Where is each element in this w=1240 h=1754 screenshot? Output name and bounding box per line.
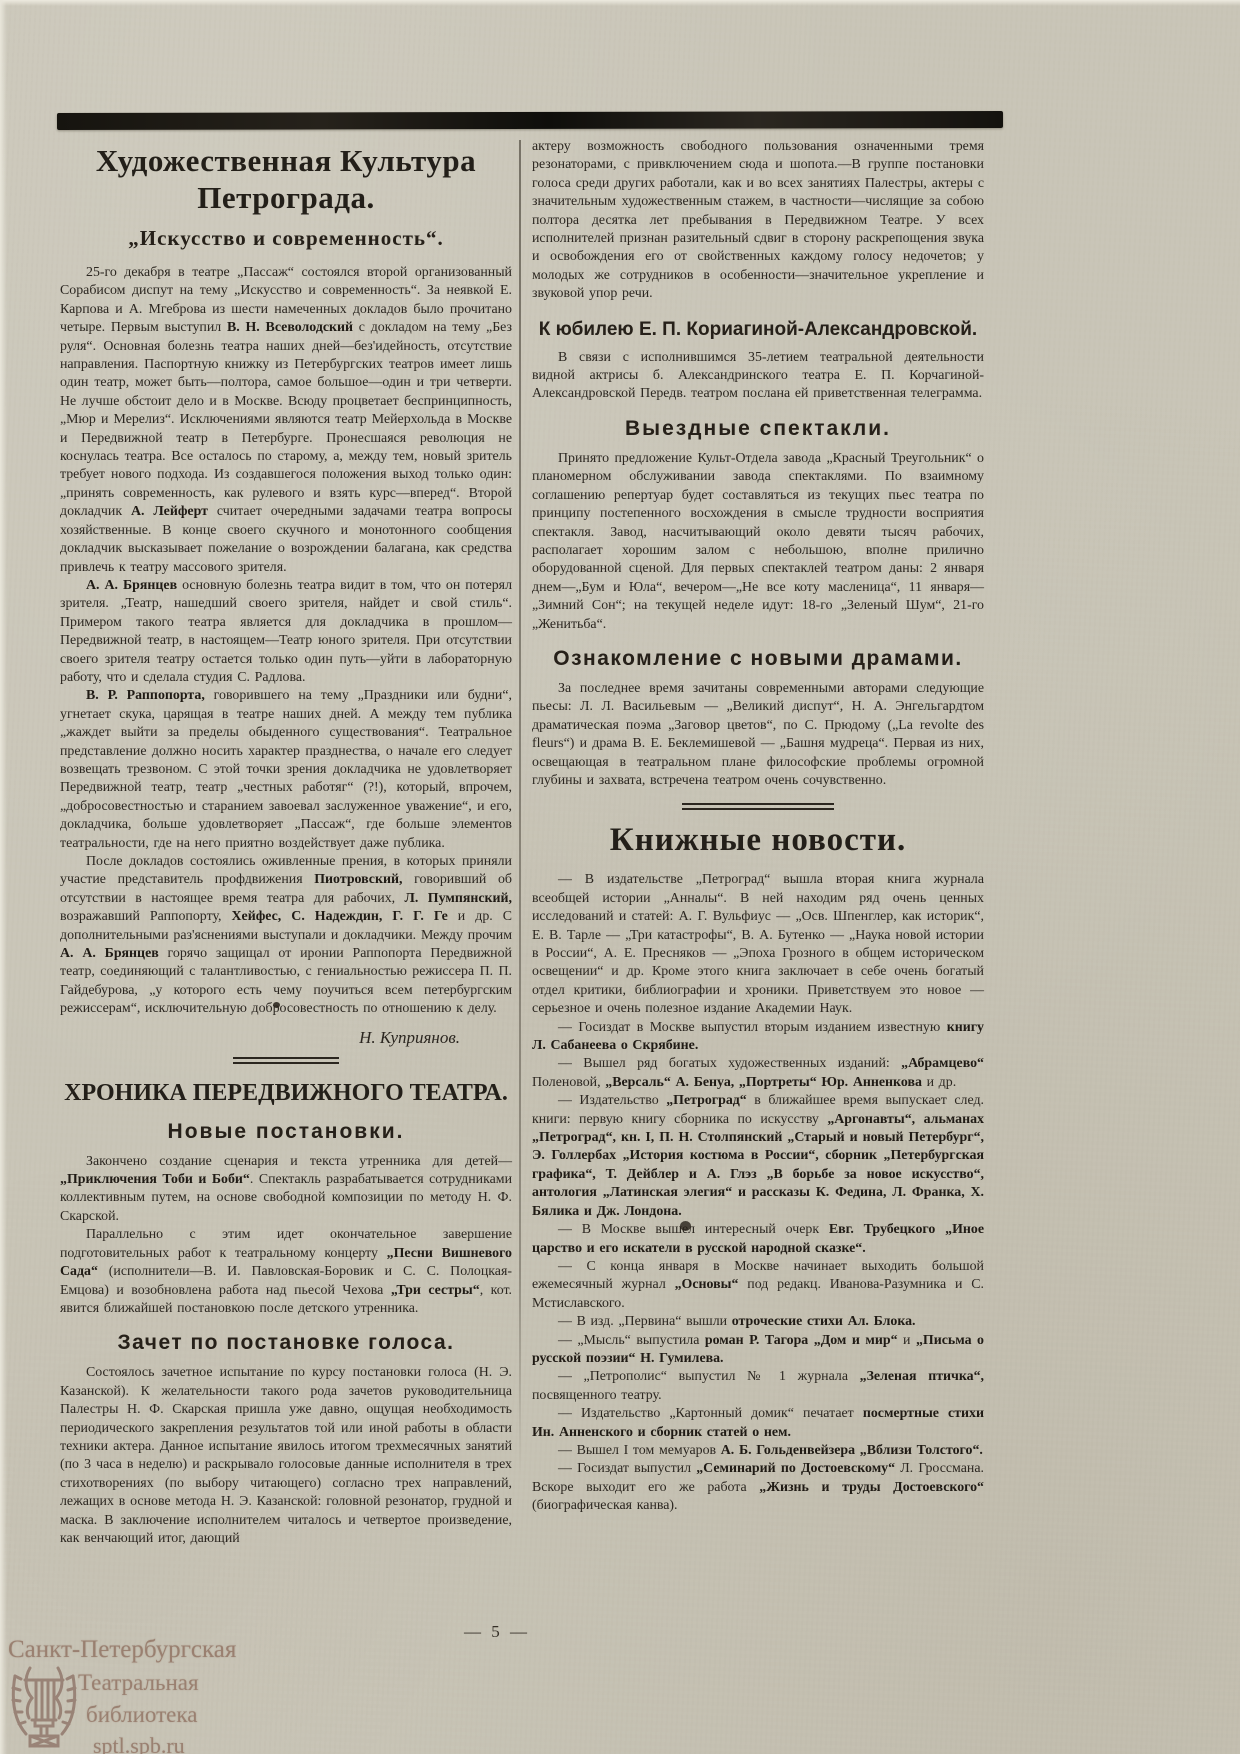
masthead-bar <box>57 111 1003 130</box>
section-heading-voice-exam: Зачет по постановке голоса. <box>60 1331 512 1355</box>
section-heading-new-dramas: Ознакомление с новыми драмами. <box>532 647 984 671</box>
section-heading-jubilee: К юбилею Е. П. Кориагиной-Александровско… <box>532 319 984 341</box>
paragraph: актеру возможность свободного пользовани… <box>532 138 984 304</box>
paragraph: После докладов состоялись оживленные пре… <box>60 853 512 1019</box>
section-body: За последнее время зачитаны современными… <box>532 680 984 790</box>
paragraph: — „Мысль“ выпустила роман Р. Тагора „Дом… <box>532 1332 984 1369</box>
paragraph: — В Москве вышел интересный очерк Евг. Т… <box>532 1221 984 1258</box>
watermark-url: sptl.spb.ru <box>93 1733 185 1754</box>
section-heading-touring-shows: Выездные спектакли. <box>532 417 984 441</box>
paragraph: Закончено создание сценария и текста утр… <box>60 1153 512 1227</box>
paragraph: — Вышел ряд богатых художественных издан… <box>532 1055 984 1092</box>
article-body: 25-го декабря в театре „Пассаж“ состоялс… <box>60 264 512 1019</box>
paragraph: — В издательстве „Петроград“ вышла втора… <box>532 871 984 1018</box>
paragraph: — Госиздат выпустил „Семинарий по Достое… <box>532 1460 984 1515</box>
section-divider <box>682 803 834 810</box>
article-title-art-culture: Художественная Культура Петрограда. <box>60 142 512 216</box>
paragraph: — „Петрополис“ выпустил № 1 журнала „Зел… <box>532 1368 984 1405</box>
paragraph: — Госиздат в Москве выпустил вторым изда… <box>532 1019 984 1056</box>
paragraph: В связи с исполнившимся 35-летием театра… <box>532 349 984 404</box>
right-column: актеру возможность свободного пользовани… <box>532 138 984 1516</box>
library-watermark: Санкт-Петербургская Театральная библиоте… <box>0 1630 300 1754</box>
watermark-line: Театральная <box>78 1670 199 1696</box>
watermark-line: библиотека <box>86 1702 197 1728</box>
paragraph: В. Р. Раппопорта, говорившего на тему „П… <box>60 687 512 853</box>
section-body: Состоялось зачетное испытание по курсу п… <box>60 1364 512 1548</box>
section-heading-new-productions: Новые постановки. <box>60 1120 512 1144</box>
paragraph: 25-го декабря в театре „Пассаж“ состоялс… <box>60 264 512 577</box>
news-list: — В издательстве „Петроград“ вышла втора… <box>532 871 984 1515</box>
ink-blot <box>680 1221 691 1231</box>
paragraph: А. А. Брянцев основную болезнь театра ви… <box>60 577 512 687</box>
section-body: Закончено создание сценария и текста утр… <box>60 1153 512 1319</box>
paragraph: За последнее время зачитаны современными… <box>532 680 984 790</box>
section-body: В связи с исполнившимся 35-летием театра… <box>532 349 984 404</box>
paragraph: — Издательство „Петроград“ в ближайшее в… <box>532 1092 984 1221</box>
article-subtitle: „Искусство и современность“. <box>60 226 512 251</box>
author-signature: Н. Куприянов. <box>60 1028 512 1048</box>
scan-edge-left <box>0 0 7 1754</box>
section-divider <box>233 1057 339 1064</box>
article-title-chronicle: ХРОНИКА ПЕРЕДВИЖНОГО ТЕАТРА. <box>60 1080 512 1107</box>
column-divider-rule <box>519 140 521 1475</box>
page-number: — 5 — <box>437 1622 557 1642</box>
paragraph: Параллельно с этим идет окончательное за… <box>60 1226 512 1318</box>
left-column: Художественная Культура Петрограда. „Иск… <box>60 138 512 1548</box>
paragraph: — С конца января в Москве начинает выход… <box>532 1258 984 1313</box>
lyre-icon <box>8 1658 80 1754</box>
paragraph: — Вышел I том мемуаров А. Б. Гольденвейз… <box>532 1442 984 1460</box>
scan-edge-top <box>0 0 1240 6</box>
paragraph: Принято предложение Культ-Отдела завода … <box>532 450 984 634</box>
ink-blot <box>273 1002 280 1008</box>
continuation-body: актеру возможность свободного пользовани… <box>532 138 984 304</box>
paragraph: — В изд. „Первина“ вышли отроческие стих… <box>532 1313 984 1331</box>
section-heading-book-news: Книжные новости. <box>532 822 984 859</box>
paragraph: Состоялось зачетное испытание по курсу п… <box>60 1364 512 1548</box>
section-body: Принято предложение Культ-Отдела завода … <box>532 450 984 634</box>
watermark-line: Санкт-Петербургская <box>8 1636 236 1664</box>
paragraph: — Издательство „Картонный домик“ печатае… <box>532 1405 984 1442</box>
